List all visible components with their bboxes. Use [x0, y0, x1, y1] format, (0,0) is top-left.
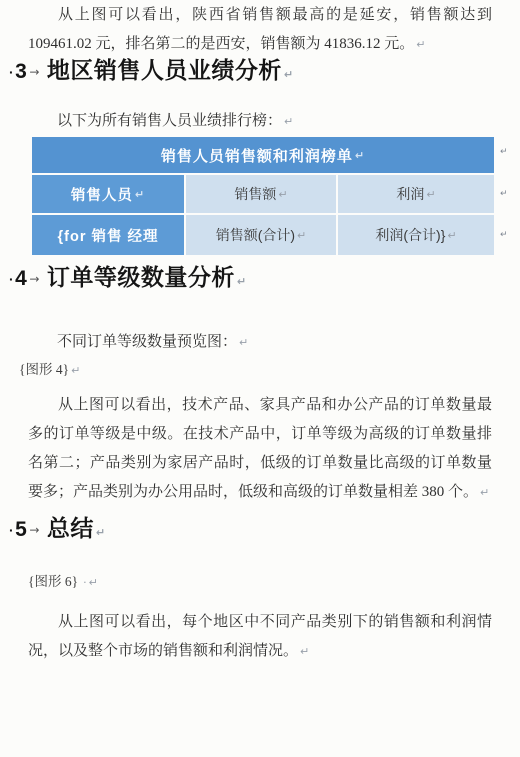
- heading-section-5: ·5→总结↵: [9, 513, 106, 548]
- table-row-end-mark: ↵: [500, 231, 508, 240]
- table-cell-sales-total: 销售额(合计)↵: [186, 215, 336, 255]
- ranking-intro-paragraph: 以下为所有销售人员业绩排行榜：↵: [57, 107, 293, 136]
- paragraph-text: 从上图可以看出，每个地区中不同产品类别下的销售额和利润情况，以及整个市场的销售额…: [28, 614, 492, 659]
- table-title-cell: 销售人员销售额和利润榜单↵: [32, 137, 494, 173]
- sales-summary-paragraph: 从上图可以看出，陕西省销售额最高的是延安，销售额达到 109461.02 元，排…: [28, 1, 492, 59]
- paragraph-mark: ↵: [135, 188, 145, 201]
- heading-bullet: ·: [9, 271, 14, 287]
- paragraph-mark: ↵: [480, 486, 489, 499]
- paragraph-mark: ↵: [237, 275, 247, 288]
- paragraph-text: 从上图可以看出，技术产品、家具产品和办公产品的订单数量最多的订单等级是中级。在技…: [28, 397, 492, 500]
- paragraph-text: 不同订单等级数量预览图：: [57, 334, 237, 350]
- table-header-salesperson: 销售人员↵: [32, 175, 184, 213]
- table-cell-text: {for 销售 经理: [57, 225, 158, 246]
- order-analysis-paragraph: 从上图可以看出，技术产品、家具产品和办公产品的订单数量最多的订单等级是中级。在技…: [28, 391, 492, 507]
- table-cell-text: 销售额(合计): [216, 225, 295, 245]
- paragraph-mark: ↵: [447, 229, 456, 242]
- paragraph-mark: ↵: [278, 188, 287, 201]
- document-page: 从上图可以看出，陕西省销售额最高的是延安，销售额达到 109461.02 元，排…: [0, 0, 520, 757]
- heading-text: 总结: [47, 515, 94, 541]
- paragraph-mark: ↵: [297, 229, 306, 242]
- table-header-sales: 销售额↵: [186, 175, 336, 213]
- paragraph-mark: ↵: [284, 115, 293, 128]
- order-preview-intro-paragraph: 不同订单等级数量预览图：↵: [57, 328, 248, 357]
- table-cell-profit-total: 利润(合计)}↵: [338, 215, 494, 255]
- heading-number: 5: [15, 518, 27, 541]
- heading-bullet: ·: [9, 64, 14, 80]
- heading-number: 4: [15, 267, 27, 290]
- tab-mark-icon: →: [29, 272, 40, 286]
- paragraph-mark: ↵: [89, 576, 98, 589]
- paragraph-mark: ↵: [284, 68, 294, 81]
- sales-rep-table: 销售人员销售额和利润榜单↵ 销售人员↵ 销售额↵ 利润↵ {for 销售 经理 …: [32, 137, 494, 255]
- heading-number: 3: [15, 60, 27, 83]
- space-mark: ·: [83, 576, 87, 589]
- heading-text: 订单等级数量分析: [47, 264, 235, 290]
- heading-bullet: ·: [9, 522, 14, 538]
- paragraph-mark: ↵: [426, 188, 435, 201]
- table-cell-for-field: {for 销售 经理: [32, 215, 184, 255]
- paragraph-mark: ↵: [355, 149, 365, 162]
- summary-paragraph: 从上图可以看出，每个地区中不同产品类别下的销售额和利润情况，以及整个市场的销售额…: [28, 608, 492, 666]
- paragraph-mark: ↵: [71, 364, 80, 377]
- paragraph-mark: ↵: [239, 336, 248, 349]
- heading-text: 地区销售人员业绩分析: [47, 57, 282, 83]
- figure-field-text: {图形 4}: [19, 362, 69, 377]
- table-header-profit: 利润↵: [338, 175, 494, 213]
- paragraph-mark: ↵: [416, 38, 425, 51]
- figure4-placeholder: {图形 4}↵: [19, 361, 80, 380]
- paragraph-mark: ↵: [96, 526, 106, 539]
- tab-mark-icon: →: [29, 65, 40, 79]
- heading-section-3: ·3→地区销售人员业绩分析↵: [9, 55, 294, 90]
- table-header-text: 销售额: [234, 184, 276, 204]
- table-header-text: 销售人员: [71, 184, 133, 205]
- table-row-end-mark: ↵: [500, 190, 508, 199]
- table-row-end-mark: ↵: [500, 148, 508, 157]
- table-cell-text: 利润(合计)}: [375, 225, 445, 245]
- paragraph-text: 以下为所有销售人员业绩排行榜：: [57, 113, 282, 129]
- figure-field-text: {图形 6}: [28, 574, 78, 589]
- tab-mark-icon: →: [29, 523, 40, 537]
- table-title-text: 销售人员销售额和利润榜单: [161, 145, 353, 166]
- table-header-text: 利润: [396, 184, 424, 204]
- figure6-placeholder: {图形 6}·↵: [28, 573, 98, 592]
- heading-section-4: ·4→订单等级数量分析↵: [9, 262, 247, 297]
- paragraph-mark: ↵: [300, 645, 309, 658]
